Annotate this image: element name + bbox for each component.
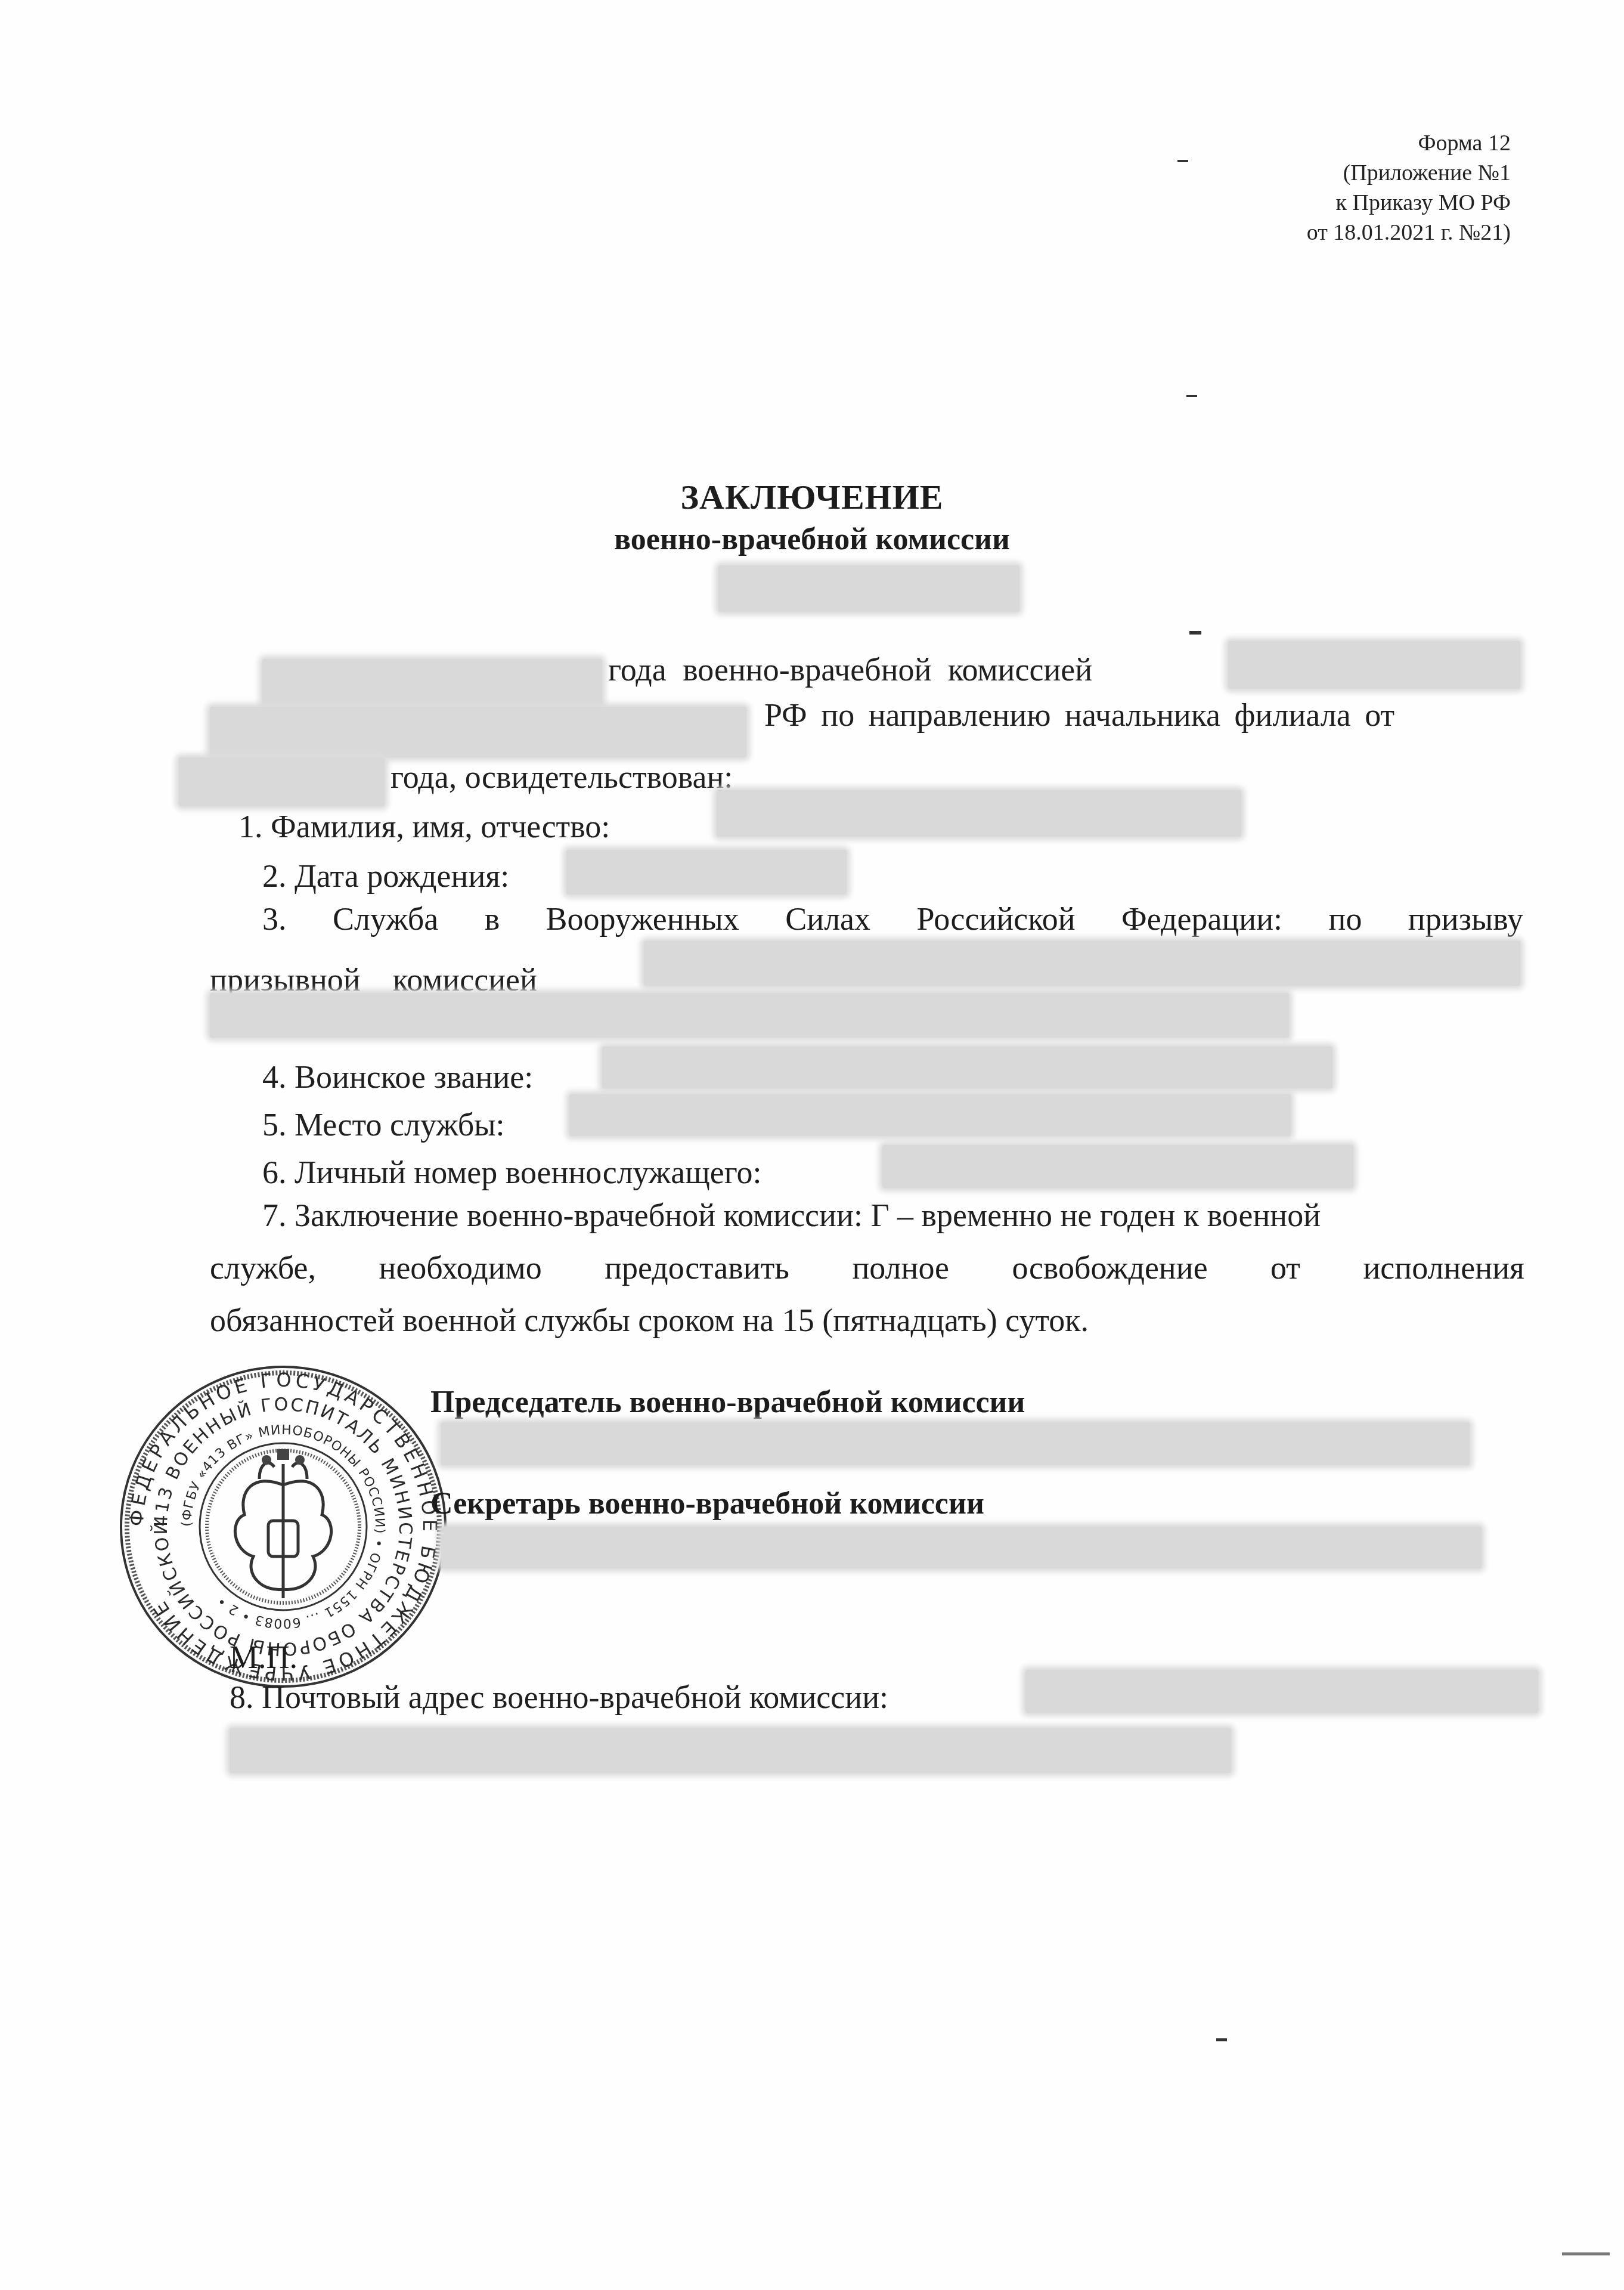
redacted-referral-date — [179, 757, 385, 806]
redacted-conclusion-number — [718, 565, 1019, 612]
redacted-conscription-details — [210, 993, 1289, 1038]
item-service-line-1: 3.СлужбавВооруженныхСилахРоссийскойФедер… — [262, 900, 1523, 937]
order-reference: к Приказу МО РФ — [1307, 188, 1511, 218]
redacted-personal-number — [882, 1145, 1353, 1188]
document-subtitle: военно-врачебной комиссии — [0, 522, 1624, 557]
word: Федерации: — [1121, 900, 1282, 937]
order-date: от 18.01.2021 г. №21) — [1307, 218, 1511, 247]
redacted-full-name — [717, 790, 1241, 837]
seal-place-label: М.П. — [230, 1639, 297, 1676]
item-conclusion-line-1: 7. Заключение военно-врачебной комиссии:… — [262, 1197, 1321, 1234]
intro-line-3: года, освидетельствован: — [390, 759, 733, 796]
secretary-label: Секретарь военно-врачебной комиссии — [430, 1486, 984, 1521]
redacted-secretary-name — [441, 1527, 1482, 1568]
word: исполнения — [1363, 1249, 1524, 1286]
item-conclusion-line-2: службе,необходимопредоставитьполноеосвоб… — [210, 1249, 1524, 1286]
redacted-postal-address-2 — [230, 1728, 1231, 1773]
word: призыву — [1408, 900, 1523, 937]
word: Российской — [917, 900, 1076, 937]
word: службе, — [210, 1249, 316, 1286]
redacted-institution-name — [210, 707, 746, 757]
redacted-duty-station — [569, 1094, 1291, 1136]
item-full-name-label: 1. Фамилия, имя, отчество: — [238, 808, 610, 845]
word: в — [485, 900, 500, 937]
intro-line-1: года военно-врачебной комиссией — [608, 651, 1092, 688]
appendix-reference: (Приложение №1 — [1307, 158, 1511, 188]
redacted-postal-address-1 — [1025, 1670, 1538, 1713]
scanned-document-page: Форма 12 (Приложение №1 к Приказу МО РФ … — [0, 0, 1624, 2290]
chairman-label: Председатель военно-врачебной комиссии — [430, 1385, 1025, 1420]
scan-artifact — [1189, 631, 1201, 635]
redacted-chairman-name — [441, 1422, 1470, 1465]
scan-artifact — [1186, 395, 1197, 397]
word: Вооруженных — [546, 900, 739, 937]
item-postal-address-label: 8. Почтовый адрес военно-врачебной комис… — [230, 1679, 888, 1716]
form-reference-note: Форма 12 (Приложение №1 к Приказу МО РФ … — [1307, 128, 1511, 247]
redacted-exam-date — [262, 659, 602, 707]
item-birth-date-label: 2. Дата рождения: — [262, 858, 509, 895]
scan-artifact — [1216, 2038, 1227, 2041]
scan-artifact — [1562, 2252, 1610, 2255]
word: от — [1270, 1249, 1300, 1286]
word: Служба — [333, 900, 438, 937]
item-duty-station-label: 5. Место службы: — [262, 1106, 505, 1143]
word: по — [1329, 900, 1362, 937]
word: 3. — [262, 900, 287, 937]
word: полное — [852, 1249, 949, 1286]
redacted-conscription-commission — [644, 941, 1520, 986]
form-number: Форма 12 — [1307, 128, 1511, 158]
item-personal-number-label: 6. Личный номер военнослужащего: — [262, 1154, 762, 1191]
redacted-rank — [602, 1047, 1332, 1088]
word: освобождение — [1012, 1249, 1208, 1286]
redacted-commission-name — [1228, 641, 1520, 689]
redacted-birth-date — [566, 850, 847, 895]
word: необходимо — [379, 1249, 541, 1286]
word: предоставить — [605, 1249, 789, 1286]
intro-line-2: РФ по направлению начальника филиала от — [764, 697, 1394, 734]
word: Силах — [785, 900, 870, 937]
document-title: ЗАКЛЮЧЕНИЕ — [0, 477, 1624, 517]
item-conclusion-line-3: обязанностей военной службы сроком на 15… — [210, 1302, 1089, 1339]
item-rank-label: 4. Воинское звание: — [262, 1059, 533, 1096]
scan-artifact — [1177, 160, 1188, 162]
